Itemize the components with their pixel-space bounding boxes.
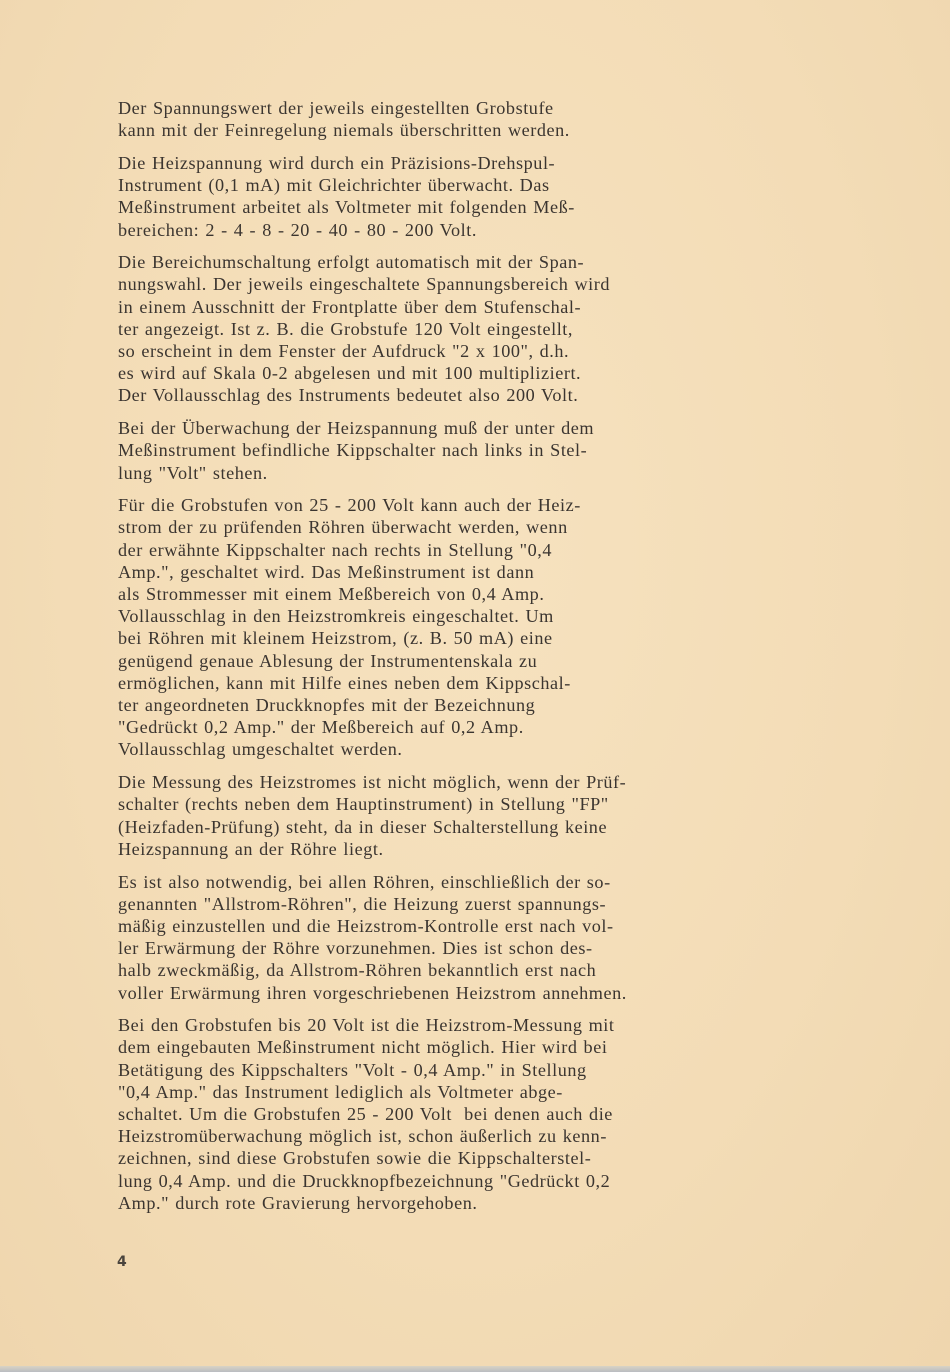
text-line: ter angeordneten Druckknopfes mit der Be… xyxy=(118,694,848,716)
text-line: so erscheint in dem Fenster der Aufdruck… xyxy=(118,340,848,362)
text-line: schalter (rechts neben dem Hauptinstrume… xyxy=(118,793,848,815)
text-line: dem eingebauten Meßinstrument nicht mögl… xyxy=(118,1036,848,1058)
text-line: Der Vollausschlag des Instruments bedeut… xyxy=(118,384,848,406)
text-line: Instrument (0,1 mA) mit Gleichrichter üb… xyxy=(118,174,848,196)
text-line: Meßinstrument arbeitet als Voltmeter mit… xyxy=(118,196,848,218)
text-line: in einem Ausschnitt der Frontplatte über… xyxy=(118,296,848,318)
text-line: Bei der Überwachung der Heizspannung muß… xyxy=(118,417,848,439)
text-line: als Strommesser mit einem Meßbereich von… xyxy=(118,583,848,605)
text-line: Heizspannung an der Röhre liegt. xyxy=(118,838,848,860)
body-text: Der Spannungswert der jeweils eingestell… xyxy=(118,97,848,1225)
text-line: Heizstromüberwachung möglich ist, schon … xyxy=(118,1125,848,1147)
text-line: voller Erwärmung ihren vorgeschriebenen … xyxy=(118,982,848,1004)
text-line: Amp." durch rote Gravierung hervorgehobe… xyxy=(118,1192,848,1214)
text-line: Bei den Grobstufen bis 20 Volt ist die H… xyxy=(118,1014,848,1036)
text-line: bereichen: 2 - 4 - 8 - 20 - 40 - 80 - 20… xyxy=(118,219,848,241)
text-line: zeichnen, sind diese Grobstufen sowie di… xyxy=(118,1147,848,1169)
text-line: halb zweckmäßig, da Allstrom-Röhren beka… xyxy=(118,959,848,981)
text-line: Die Messung des Heizstromes ist nicht mö… xyxy=(118,771,848,793)
text-line: Vollausschlag in den Heizstromkreis eing… xyxy=(118,605,848,627)
paragraph: Bei den Grobstufen bis 20 Volt ist die H… xyxy=(118,1014,848,1214)
text-line: der erwähnte Kippschalter nach rechts in… xyxy=(118,539,848,561)
text-line: lung 0,4 Amp. und die Druckknopfbezeichn… xyxy=(118,1170,848,1192)
text-line: schaltet. Um die Grobstufen 25 - 200 Vol… xyxy=(118,1103,848,1125)
text-line: kann mit der Feinregelung niemals übersc… xyxy=(118,119,848,141)
text-line: genannten "Allstrom-Röhren", die Heizung… xyxy=(118,893,848,915)
text-line: "0,4 Amp." das Instrument lediglich als … xyxy=(118,1081,848,1103)
text-line: mäßig einzustellen und die Heizstrom-Kon… xyxy=(118,915,848,937)
text-line: ermöglichen, kann mit Hilfe eines neben … xyxy=(118,672,848,694)
text-line: Für die Grobstufen von 25 - 200 Volt kan… xyxy=(118,494,848,516)
document-page: Der Spannungswert der jeweils eingestell… xyxy=(0,0,950,1366)
text-line: Vollausschlag umgeschaltet werden. xyxy=(118,738,848,760)
text-line: bei Röhren mit kleinem Heizstrom, (z. B.… xyxy=(118,627,848,649)
paragraph: Die Messung des Heizstromes ist nicht mö… xyxy=(118,771,848,860)
paragraph: Bei der Überwachung der Heizspannung muß… xyxy=(118,417,848,484)
page-bottom-edge xyxy=(0,1366,950,1372)
text-line: genügend genaue Ablesung der Instrumente… xyxy=(118,650,848,672)
page-number: 4 xyxy=(117,1254,127,1270)
text-line: "Gedrückt 0,2 Amp." der Meßbereich auf 0… xyxy=(118,716,848,738)
paragraph: Für die Grobstufen von 25 - 200 Volt kan… xyxy=(118,494,848,760)
paragraph: Es ist also notwendig, bei allen Röhren,… xyxy=(118,871,848,1004)
text-line: Der Spannungswert der jeweils eingestell… xyxy=(118,97,848,119)
text-line: Meßinstrument befindliche Kippschalter n… xyxy=(118,439,848,461)
text-line: ler Erwärmung der Röhre vorzunehmen. Die… xyxy=(118,937,848,959)
text-line: Amp.", geschaltet wird. Das Meßinstrumen… xyxy=(118,561,848,583)
text-line: lung "Volt" stehen. xyxy=(118,462,848,484)
text-line: strom der zu prüfenden Röhren überwacht … xyxy=(118,516,848,538)
text-line: Die Bereichumschaltung erfolgt automatis… xyxy=(118,251,848,273)
text-line: ter angezeigt. Ist z. B. die Grobstufe 1… xyxy=(118,318,848,340)
text-line: es wird auf Skala 0-2 abgelesen und mit … xyxy=(118,362,848,384)
text-line: Betätigung des Kippschalters "Volt - 0,4… xyxy=(118,1059,848,1081)
paragraph: Der Spannungswert der jeweils eingestell… xyxy=(118,97,848,141)
text-line: nungswahl. Der jeweils eingeschaltete Sp… xyxy=(118,273,848,295)
text-line: Es ist also notwendig, bei allen Röhren,… xyxy=(118,871,848,893)
paragraph: Die Heizspannung wird durch ein Präzisio… xyxy=(118,152,848,241)
text-line: (Heizfaden-Prüfung) steht, da in dieser … xyxy=(118,816,848,838)
text-line: Die Heizspannung wird durch ein Präzisio… xyxy=(118,152,848,174)
paragraph: Die Bereichumschaltung erfolgt automatis… xyxy=(118,251,848,406)
